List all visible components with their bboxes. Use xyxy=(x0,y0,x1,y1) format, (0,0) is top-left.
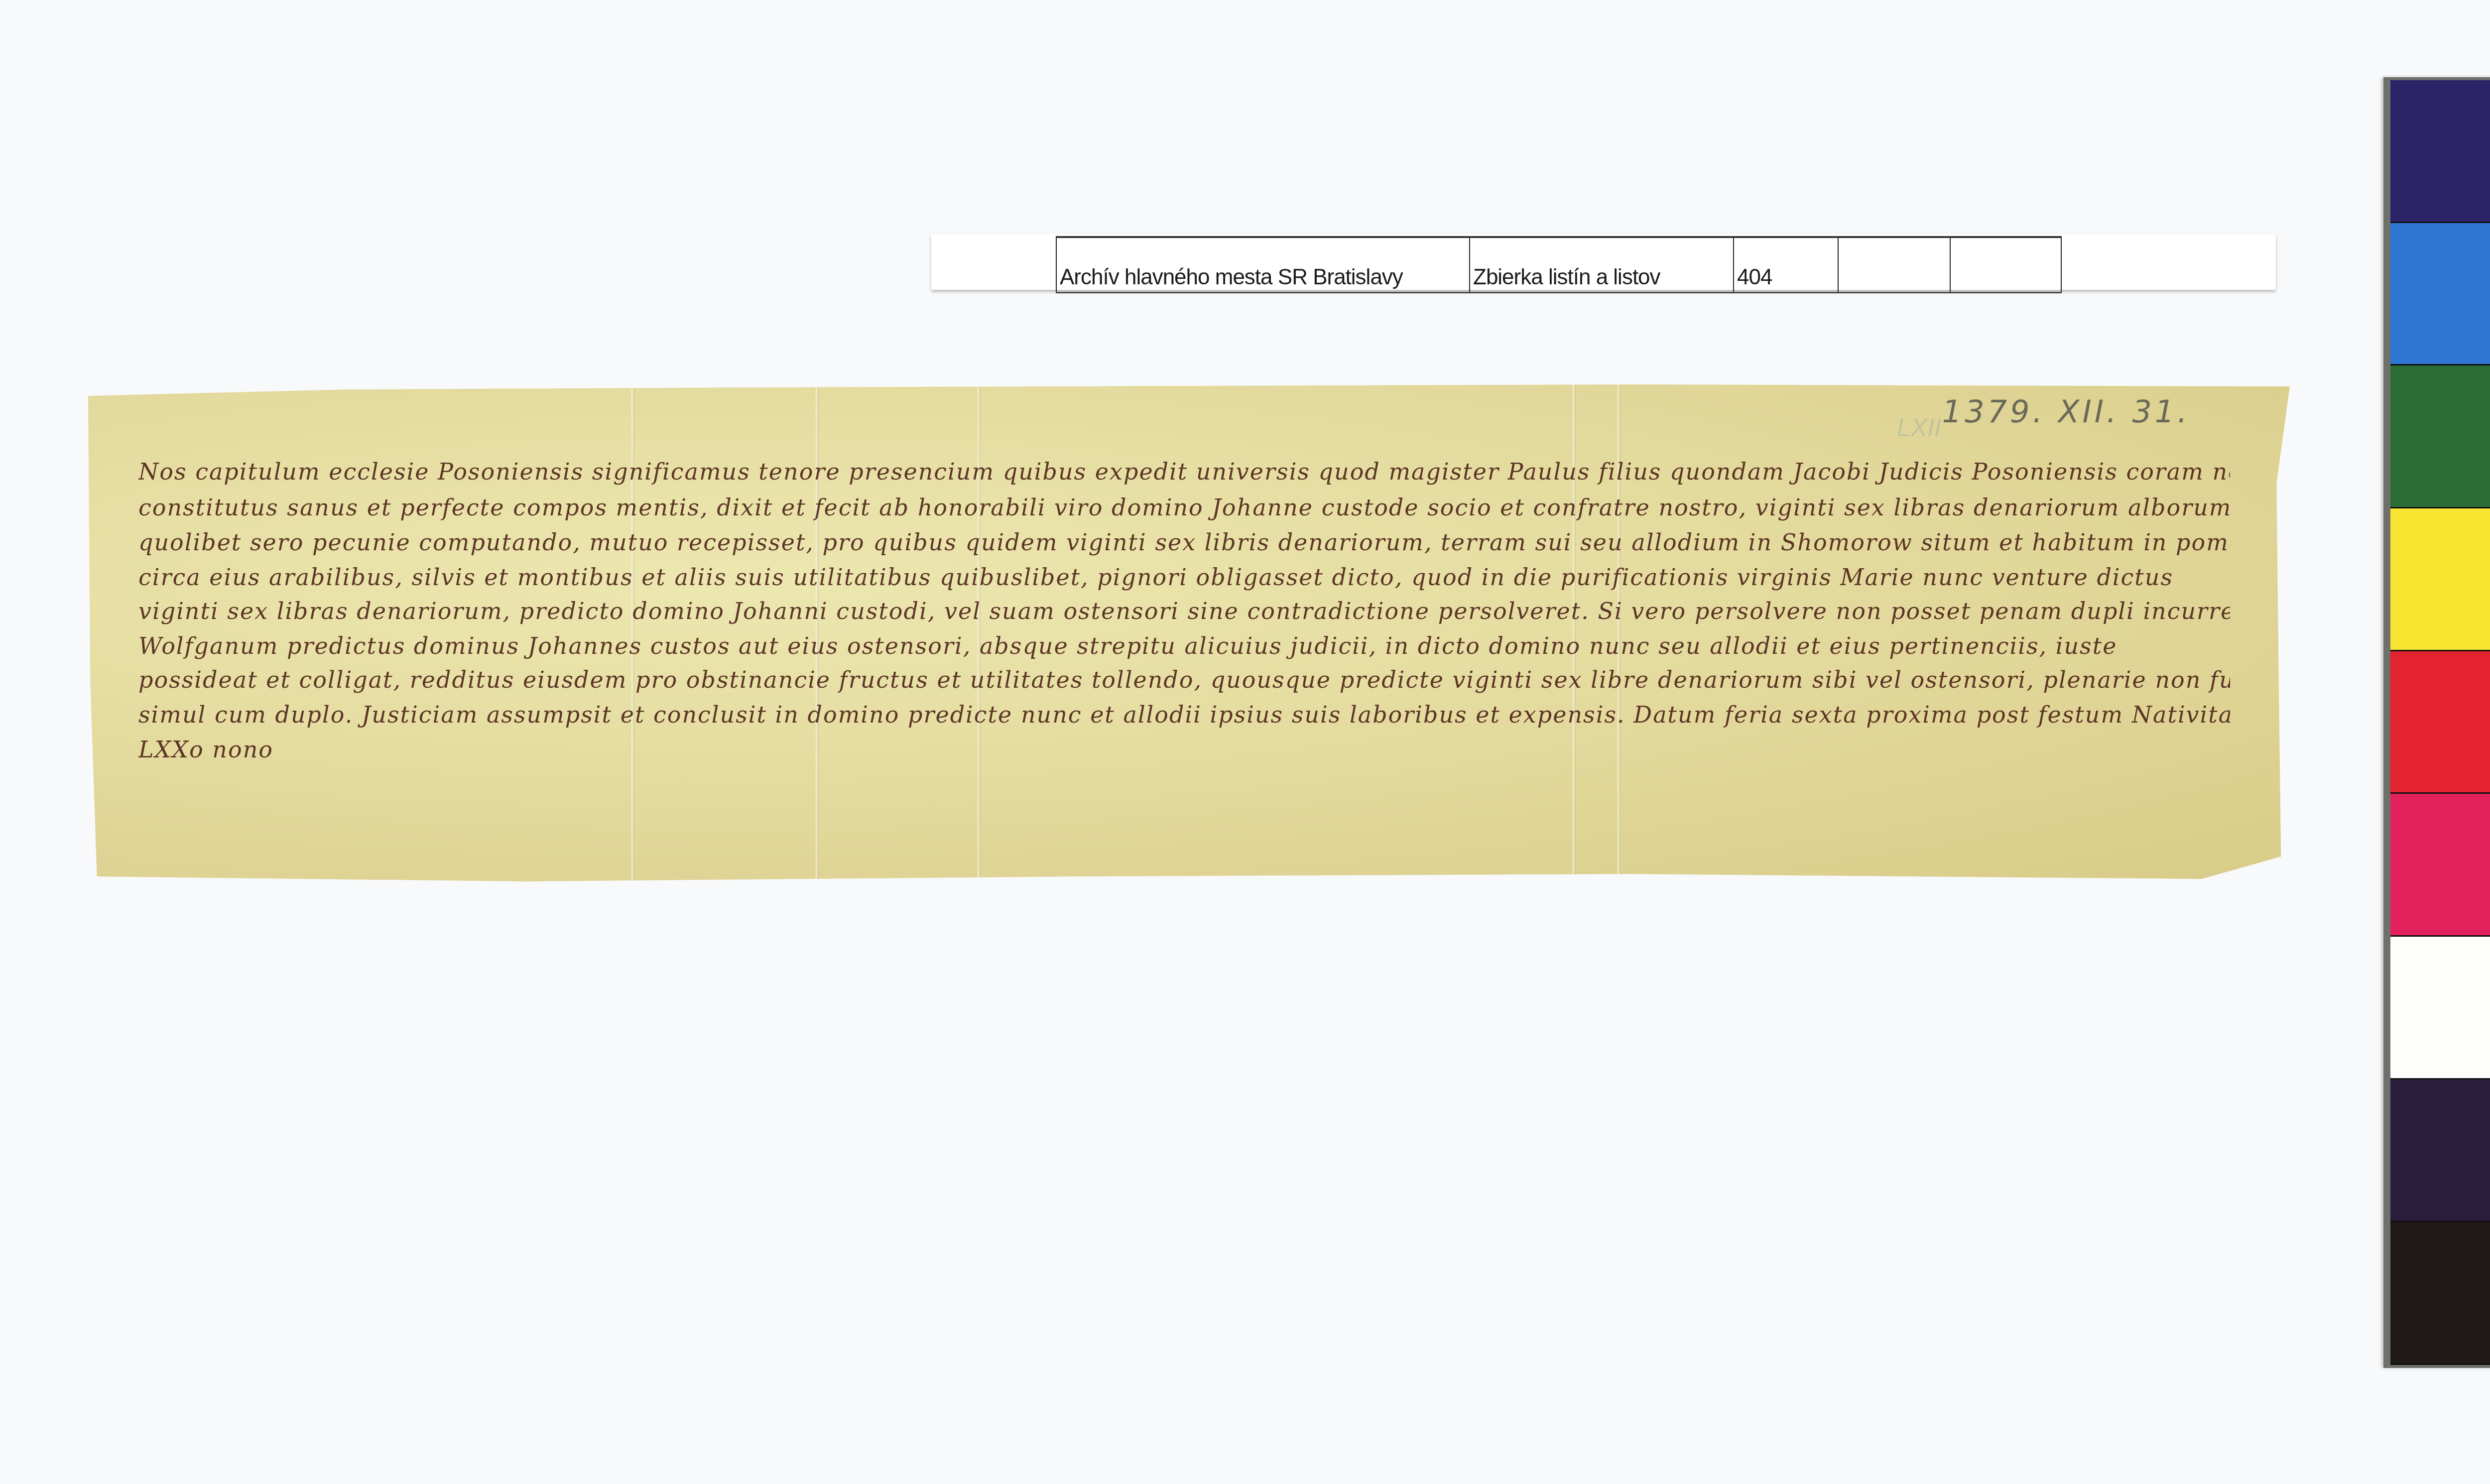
item-number-cell: 404 xyxy=(1733,238,1838,292)
patch-white xyxy=(2390,937,2490,1078)
text-line: viginti sex libras denariorum, predicto … xyxy=(138,598,2230,624)
patch-red-dark xyxy=(2390,651,2490,793)
color-patches xyxy=(2390,80,2490,1365)
text-line: Wolfganum predictus dominus Johannes cus… xyxy=(138,632,2230,659)
date-annotation: 1379. XII. 31. xyxy=(1942,393,2190,430)
text-line: simul cum duplo. Justiciam assumpsit et … xyxy=(138,701,2230,728)
pencil-mark: LXII xyxy=(1897,413,1941,442)
text-line: quolibet sero pecunie computando, mutuo … xyxy=(138,529,2230,556)
text-line: circa eius arabilibus, silvis et montibu… xyxy=(138,564,2230,591)
patch-black-dark xyxy=(2390,1222,2490,1363)
patch-cyan-dark xyxy=(2390,223,2490,365)
patch-yellow-dark xyxy=(2390,508,2490,650)
archive-name-cell: Archív hlavného mesta SR Bratislavy xyxy=(1056,238,1469,292)
kodak-color-control-strip: Kodak Color Control Patches © Kodak, 200… xyxy=(2383,77,2490,1368)
empty-cell-1 xyxy=(1838,238,1950,292)
patch-magenta-dark xyxy=(2390,794,2490,935)
patch-blue-dark xyxy=(2390,80,2490,222)
text-line: possideat et colligat, redditus eiusdem … xyxy=(138,666,2230,693)
collection-name: Zbierka listín a listov xyxy=(1473,265,1660,290)
collection-cell: Zbierka listín a listov xyxy=(1469,238,1733,292)
text-line: LXXo nono xyxy=(138,736,338,763)
item-number: 404 xyxy=(1737,265,1772,290)
text-line: constitutus sanus et perfecte compos men… xyxy=(138,494,2230,521)
text-line: Nos capitulum ecclesie Posoniensis signi… xyxy=(138,458,2230,485)
archive-label-table: Archív hlavného mesta SR Bratislavy Zbie… xyxy=(1056,236,2062,293)
patch-green-dark xyxy=(2390,366,2490,507)
parchment-charter: 1379. XII. 31. LXII Nos capitulum eccles… xyxy=(84,383,2290,881)
empty-cell-2 xyxy=(1950,238,2062,292)
patch-3-color-dark xyxy=(2390,1080,2490,1221)
archive-name: Archív hlavného mesta SR Bratislavy xyxy=(1060,265,1403,290)
